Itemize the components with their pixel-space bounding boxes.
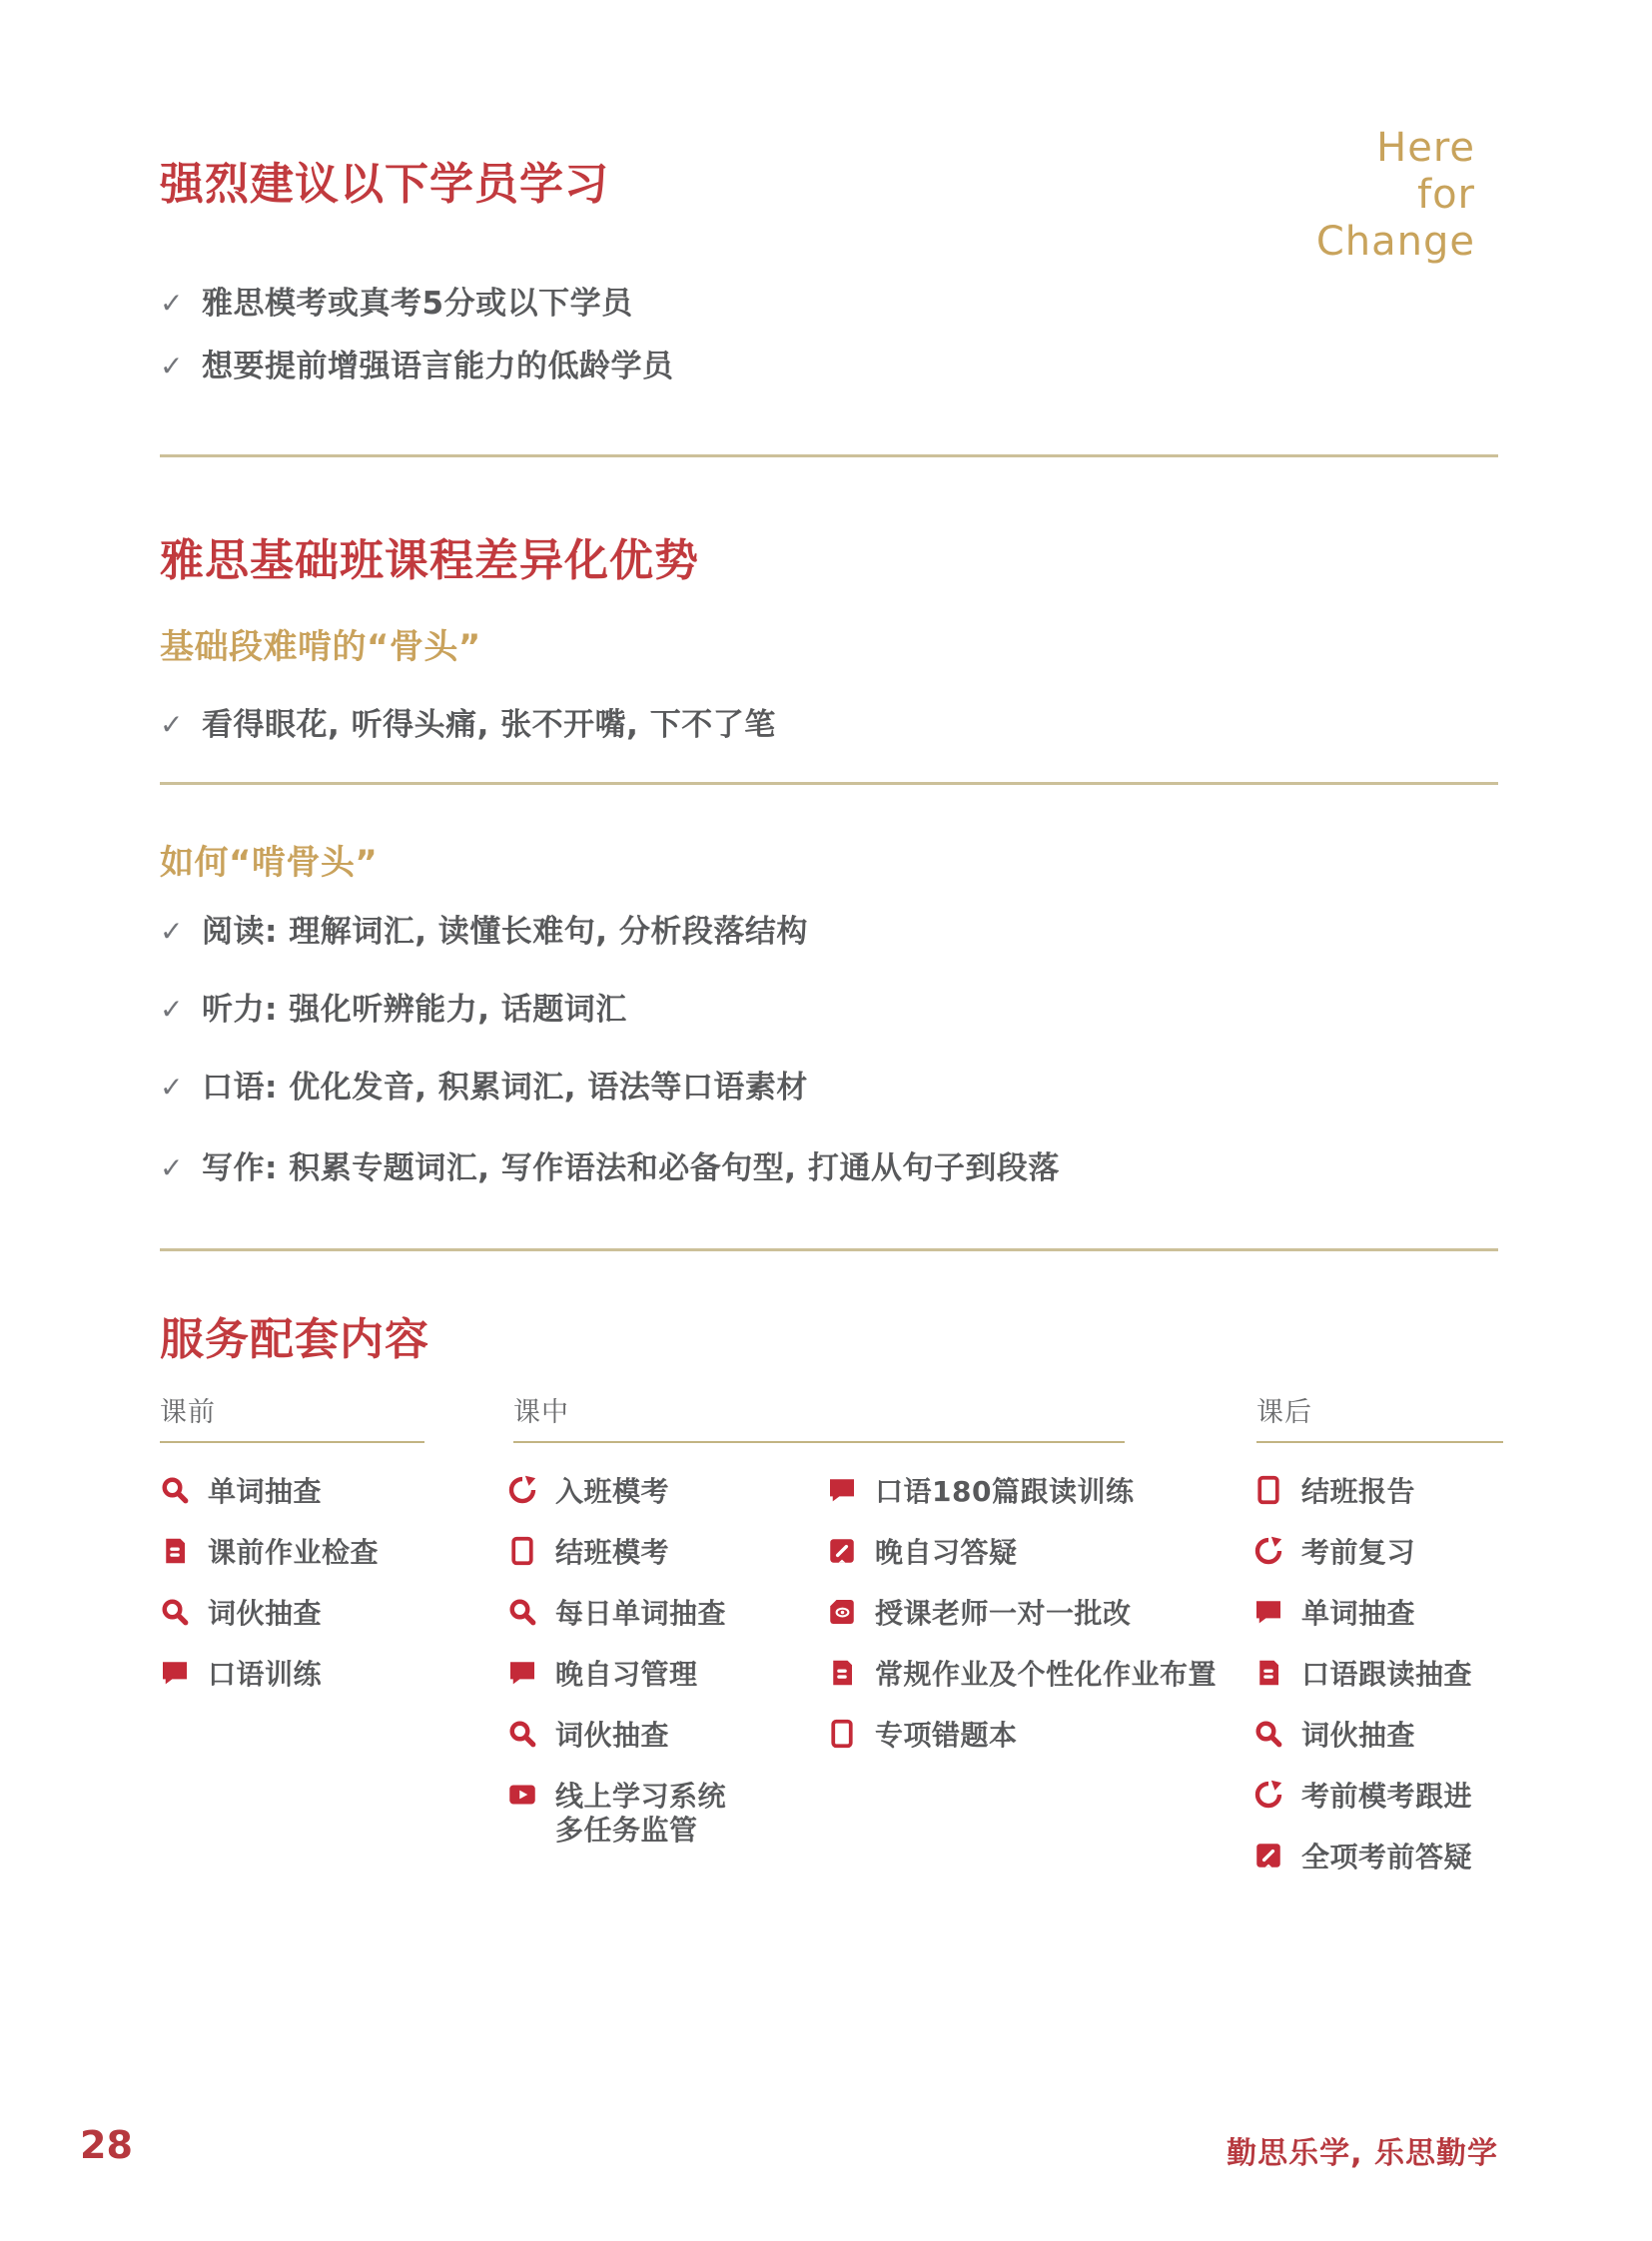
service-item: 单词抽查 — [160, 1475, 379, 1509]
refresh-icon — [1253, 1780, 1283, 1810]
divider — [160, 782, 1498, 785]
refresh-icon — [507, 1475, 537, 1505]
service-item-label: 课前作业检查 — [208, 1536, 379, 1570]
service-item: 每日单词抽查 — [507, 1597, 726, 1631]
service-item: 结班报告 — [1253, 1475, 1472, 1509]
check-icon: ✓ — [160, 914, 202, 950]
check-bullet: ✓ 写作: 积累专题词汇, 写作语法和必备句型, 打通从句子到段落 — [160, 1150, 1060, 1186]
subsection-title-hard-bones: 基础段难啃的“骨头” — [160, 619, 481, 668]
logo-line: Here — [1316, 125, 1475, 172]
logo-line: for — [1316, 172, 1475, 219]
service-item-label: 结班报告 — [1301, 1475, 1415, 1509]
column-underline — [1256, 1441, 1503, 1443]
chat-icon — [1253, 1597, 1283, 1627]
service-item-label: 晚自习答疑 — [875, 1536, 1018, 1570]
service-item-label: 口语训练 — [208, 1658, 322, 1692]
check-bullet: ✓ 口语: 优化发音, 积累词汇, 语法等口语素材 — [160, 1070, 808, 1106]
bullet-text: 阅读: 理解词汇, 读懂长难句, 分析段落结构 — [202, 914, 808, 950]
check-icon: ✓ — [160, 1070, 202, 1106]
service-item-label: 考前复习 — [1301, 1536, 1415, 1570]
service-item-label: 每日单词抽查 — [555, 1597, 726, 1631]
subsection-title-how-to-chew: 如何“啃骨头” — [160, 835, 378, 884]
service-item-label: 单词抽查 — [208, 1475, 322, 1509]
service-item-label: 全项考前答疑 — [1301, 1841, 1472, 1874]
column-underline — [160, 1441, 424, 1443]
book-pencil-icon — [827, 1536, 857, 1566]
bullet-text: 听力: 强化听辨能力, 话题词汇 — [202, 992, 627, 1028]
service-item: 晚自习管理 — [507, 1658, 726, 1692]
service-item-label: 入班模考 — [555, 1475, 669, 1509]
divider — [160, 1248, 1498, 1251]
column-header-during-class: 课中 — [513, 1390, 569, 1429]
check-icon: ✓ — [160, 707, 202, 743]
service-item-label: 词伙抽查 — [555, 1719, 669, 1753]
service-item-label: 词伙抽查 — [1301, 1719, 1415, 1753]
column-header-before-class: 课前 — [160, 1390, 216, 1429]
services-column-during-left: 入班模考 结班模考 每日单词抽查 晚自习管理 词伙抽查 线上学习系统 多任务监管 — [507, 1475, 726, 1848]
chat-icon — [827, 1475, 857, 1505]
column-header-after-class: 课后 — [1256, 1390, 1312, 1429]
service-item-label: 口语180篇跟读训练 — [875, 1475, 1134, 1509]
search-icon — [1253, 1719, 1283, 1749]
document-icon — [827, 1658, 857, 1688]
service-item: 专项错题本 — [827, 1719, 1217, 1753]
bullet-text: 雅思模考或真考5分或以下学员 — [202, 286, 633, 322]
service-item-label: 词伙抽查 — [208, 1597, 322, 1631]
check-bullet: ✓ 雅思模考或真考5分或以下学员 — [160, 286, 633, 322]
here-for-change-logo: Here for Change — [1316, 125, 1475, 266]
check-icon: ✓ — [160, 992, 202, 1028]
service-item: 全项考前答疑 — [1253, 1841, 1472, 1874]
bullet-text: 看得眼花, 听得头痛, 张不开嘴, 下不了笔 — [202, 707, 776, 743]
service-item: 授课老师一对一批改 — [827, 1597, 1217, 1631]
search-icon — [160, 1475, 190, 1505]
check-bullet: ✓ 看得眼花, 听得头痛, 张不开嘴, 下不了笔 — [160, 707, 776, 743]
service-item: 结班模考 — [507, 1536, 726, 1570]
service-item-label: 晚自习管理 — [555, 1658, 698, 1692]
service-item: 口语训练 — [160, 1658, 379, 1692]
service-item: 词伙抽查 — [160, 1597, 379, 1631]
service-item: 常规作业及个性化作业布置 — [827, 1658, 1217, 1692]
section-title-services: 服务配套内容 — [160, 1303, 429, 1367]
service-item-label: 授课老师一对一批改 — [875, 1597, 1132, 1631]
services-column-before: 单词抽查 课前作业检查 词伙抽查 口语训练 — [160, 1475, 379, 1692]
services-column-after: 结班报告 考前复习 单词抽查 口语跟读抽查 词伙抽查 考前模考跟进 全项考前答疑 — [1253, 1475, 1472, 1874]
logo-line: Change — [1316, 219, 1475, 266]
search-icon — [507, 1719, 537, 1749]
service-item: 考前模考跟进 — [1253, 1780, 1472, 1814]
doc-eye-icon — [827, 1597, 857, 1627]
service-item: 课前作业检查 — [160, 1536, 379, 1570]
service-item: 词伙抽查 — [507, 1719, 726, 1753]
column-underline — [513, 1441, 1125, 1443]
document-icon — [160, 1536, 190, 1566]
service-item: 考前复习 — [1253, 1536, 1472, 1570]
video-icon — [507, 1780, 537, 1810]
check-icon: ✓ — [160, 1150, 202, 1186]
chat-icon — [160, 1658, 190, 1688]
search-icon — [160, 1597, 190, 1627]
bullet-text: 写作: 积累专题词汇, 写作语法和必备句型, 打通从句子到段落 — [202, 1150, 1060, 1186]
service-item-label: 考前模考跟进 — [1301, 1780, 1472, 1814]
service-item-label: 口语跟读抽查 — [1301, 1658, 1472, 1692]
check-icon: ✓ — [160, 286, 202, 322]
tablet-icon — [507, 1536, 537, 1566]
search-icon — [507, 1597, 537, 1627]
service-item-label: 线上学习系统 多任务监管 — [555, 1780, 726, 1848]
service-item: 口语跟读抽查 — [1253, 1658, 1472, 1692]
section-title-course-advantages: 雅思基础班课程差异化优势 — [160, 524, 699, 588]
page-number: 28 — [80, 2123, 133, 2167]
service-item: 入班模考 — [507, 1475, 726, 1509]
service-item: 口语180篇跟读训练 — [827, 1475, 1217, 1509]
check-bullet: ✓ 阅读: 理解词汇, 读懂长难句, 分析段落结构 — [160, 914, 808, 950]
refresh-icon — [1253, 1536, 1283, 1566]
service-item-label: 结班模考 — [555, 1536, 669, 1570]
check-icon: ✓ — [160, 349, 202, 384]
chat-icon — [507, 1658, 537, 1688]
tablet-icon — [827, 1719, 857, 1749]
document-icon — [1253, 1658, 1283, 1688]
check-bullet: ✓ 听力: 强化听辨能力, 话题词汇 — [160, 992, 627, 1028]
book-pencil-icon — [1253, 1841, 1283, 1870]
bullet-text: 口语: 优化发音, 积累词汇, 语法等口语素材 — [202, 1070, 808, 1106]
tablet-icon — [1253, 1475, 1283, 1505]
service-item: 线上学习系统 多任务监管 — [507, 1780, 726, 1848]
divider — [160, 454, 1498, 457]
services-column-during-right: 口语180篇跟读训练 晚自习答疑 授课老师一对一批改 常规作业及个性化作业布置 … — [827, 1475, 1217, 1753]
bullet-text: 想要提前增强语言能力的低龄学员 — [202, 349, 674, 384]
footer-slogan: 勤思乐学, 乐思勤学 — [1227, 2128, 1498, 2172]
service-item: 单词抽查 — [1253, 1597, 1472, 1631]
check-bullet: ✓ 想要提前增强语言能力的低龄学员 — [160, 349, 674, 384]
service-item-label: 专项错题本 — [875, 1719, 1018, 1753]
section-title-recommended-students: 强烈建议以下学员学习 — [160, 148, 609, 212]
service-item-label: 单词抽查 — [1301, 1597, 1415, 1631]
service-item-label: 常规作业及个性化作业布置 — [875, 1658, 1217, 1692]
service-item: 词伙抽查 — [1253, 1719, 1472, 1753]
service-item: 晚自习答疑 — [827, 1536, 1217, 1570]
brochure-page: Here for Change 强烈建议以下学员学习 ✓ 雅思模考或真考5分或以… — [0, 0, 1652, 2241]
